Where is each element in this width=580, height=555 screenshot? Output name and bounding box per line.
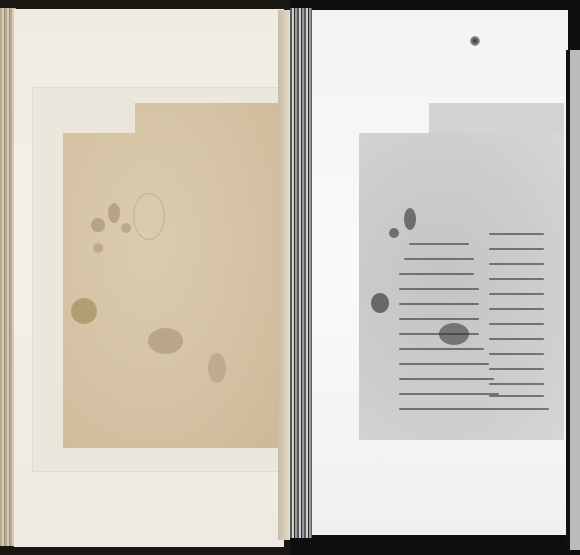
facing-page-edge — [566, 50, 580, 550]
manuscript-leaf-top — [429, 103, 564, 135]
enhanced-panel — [290, 0, 580, 555]
book-fore-edge — [290, 8, 312, 538]
mount-notch — [63, 103, 135, 133]
manuscript-leaf — [359, 133, 564, 440]
natural-light-panel — [0, 0, 290, 555]
manuscript-leaf — [63, 103, 278, 448]
facing-page-edge — [278, 10, 290, 540]
ink-blot — [470, 36, 480, 46]
